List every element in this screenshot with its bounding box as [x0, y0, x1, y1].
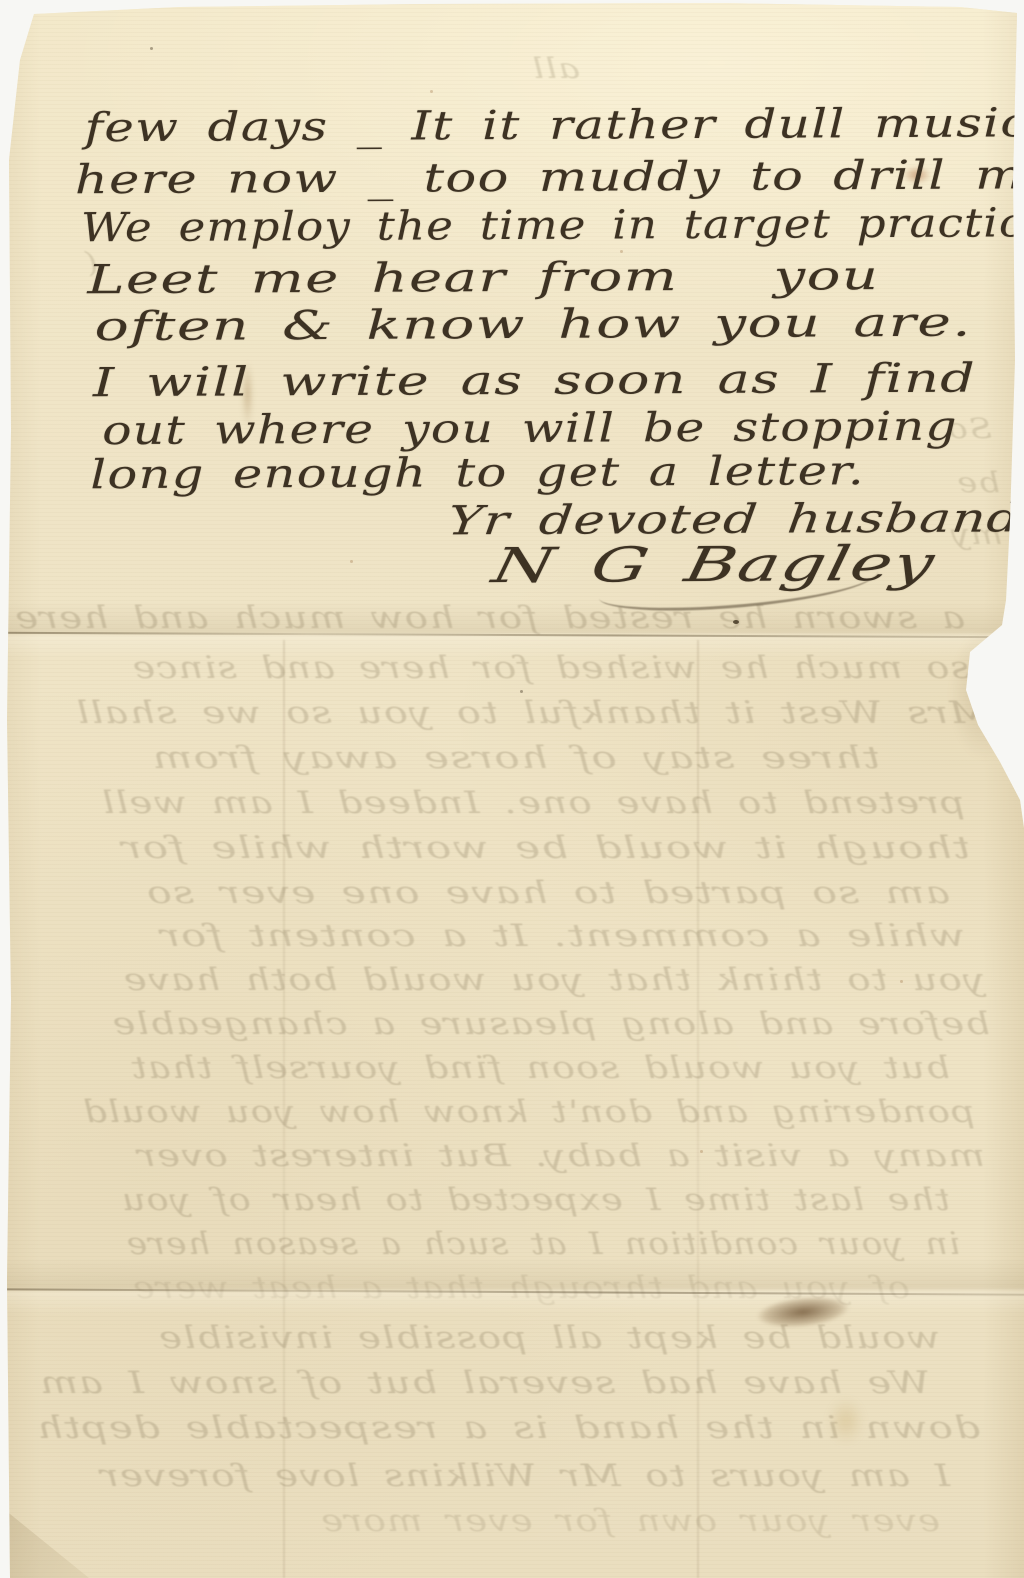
- letter-page: all ( So be my a sworn he rested for how…: [0, 0, 1024, 1578]
- letter-line: often & know how you are.: [94, 300, 971, 351]
- letter-line: here now _ too muddy to drill much: [75, 152, 1024, 203]
- letter-line: long enough to get a letter.: [90, 448, 865, 498]
- letter-line: Leet me hear from you: [87, 253, 879, 303]
- letter-line: We employ the time in target practice.: [81, 200, 1024, 251]
- scan-background: all ( So be my a sworn he rested for how…: [0, 0, 1024, 1578]
- letter-line: out where you will be stopping: [102, 404, 958, 454]
- letter-text-layer: few days _ It it rather dull music here …: [0, 0, 1024, 1578]
- letter-line: few days _ It it rather dull music: [84, 100, 1024, 151]
- letter-line: I will write as soon as I find: [93, 356, 977, 407]
